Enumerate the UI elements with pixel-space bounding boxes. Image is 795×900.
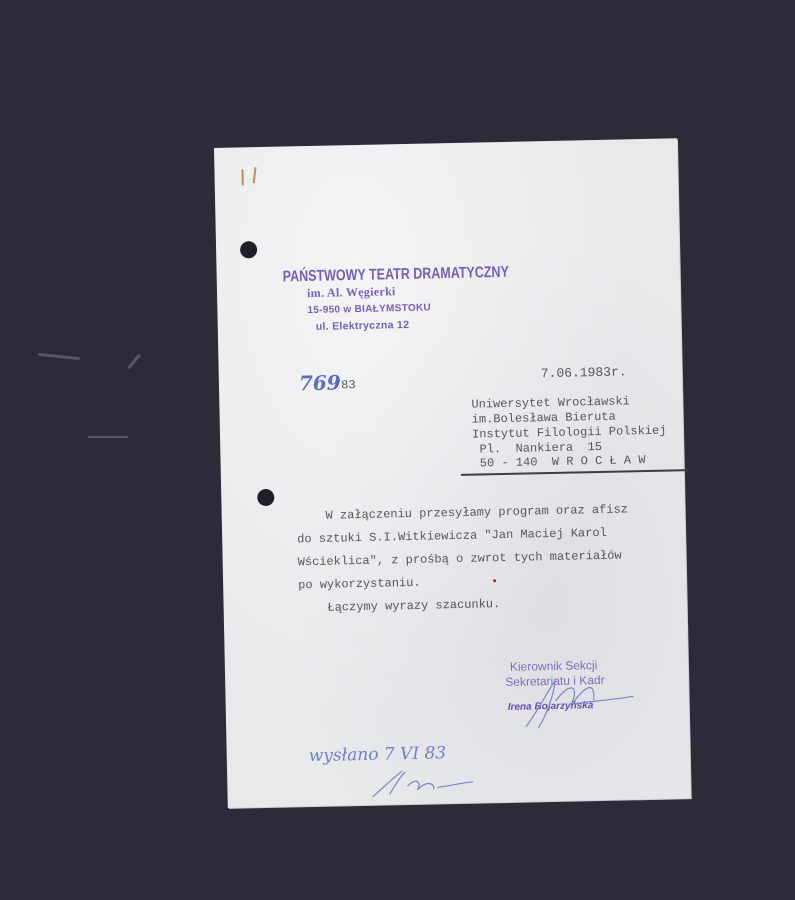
theatre-stamp: PAŃSTWOWY TEATR DRAMATYCZNY im. Al. Węgi… (283, 264, 511, 337)
punch-hole-top (240, 241, 257, 258)
recipient-address: Uniwersytet Wrocławski im.Bolesława Bier… (214, 138, 677, 148)
recipient-line: 50 - 140 W R O C Ł A W (472, 452, 645, 472)
body-line: Łączymy wyrazy szacunku. (298, 596, 500, 616)
handwritten-note: wysłano 7 VI 83 (214, 138, 677, 148)
letter-body: W załączeniu przesyłamy program oraz afi… (214, 138, 677, 148)
handwritten-note-text: wysłano 7 VI 83 (309, 743, 447, 766)
pencil-mark (241, 169, 243, 185)
reference-suffix: /83 (334, 377, 356, 393)
stamp-line-4: ul. Elektryczna 12 (284, 315, 510, 337)
body-line: W załączeniu przesyłamy program oraz afi… (297, 501, 629, 524)
pencil-mark (253, 167, 257, 183)
signature-scribble (515, 674, 636, 732)
background-scratch (127, 354, 141, 370)
letter-date: 7.06.1983r. (541, 364, 627, 382)
body-line: do sztuki S.I.Witkiewicza "Jan Maciej Ka… (297, 525, 607, 547)
background-scratch (38, 353, 80, 360)
letter-page: PAŃSTWOWY TEATR DRAMATYCZNY im. Al. Węgi… (214, 138, 691, 808)
signature-block: Kierownik Sekcji Sekretariatu i Kadr Ire… (214, 138, 677, 148)
background-scratch (88, 436, 128, 438)
ink-dot (493, 579, 496, 582)
body-line: po wykorzystaniu. (298, 575, 421, 594)
body-line: Wścieklica", z prośbą o zwrot tych mater… (298, 548, 622, 571)
handwritten-initials (367, 765, 478, 802)
punch-hole-bottom (257, 489, 274, 506)
